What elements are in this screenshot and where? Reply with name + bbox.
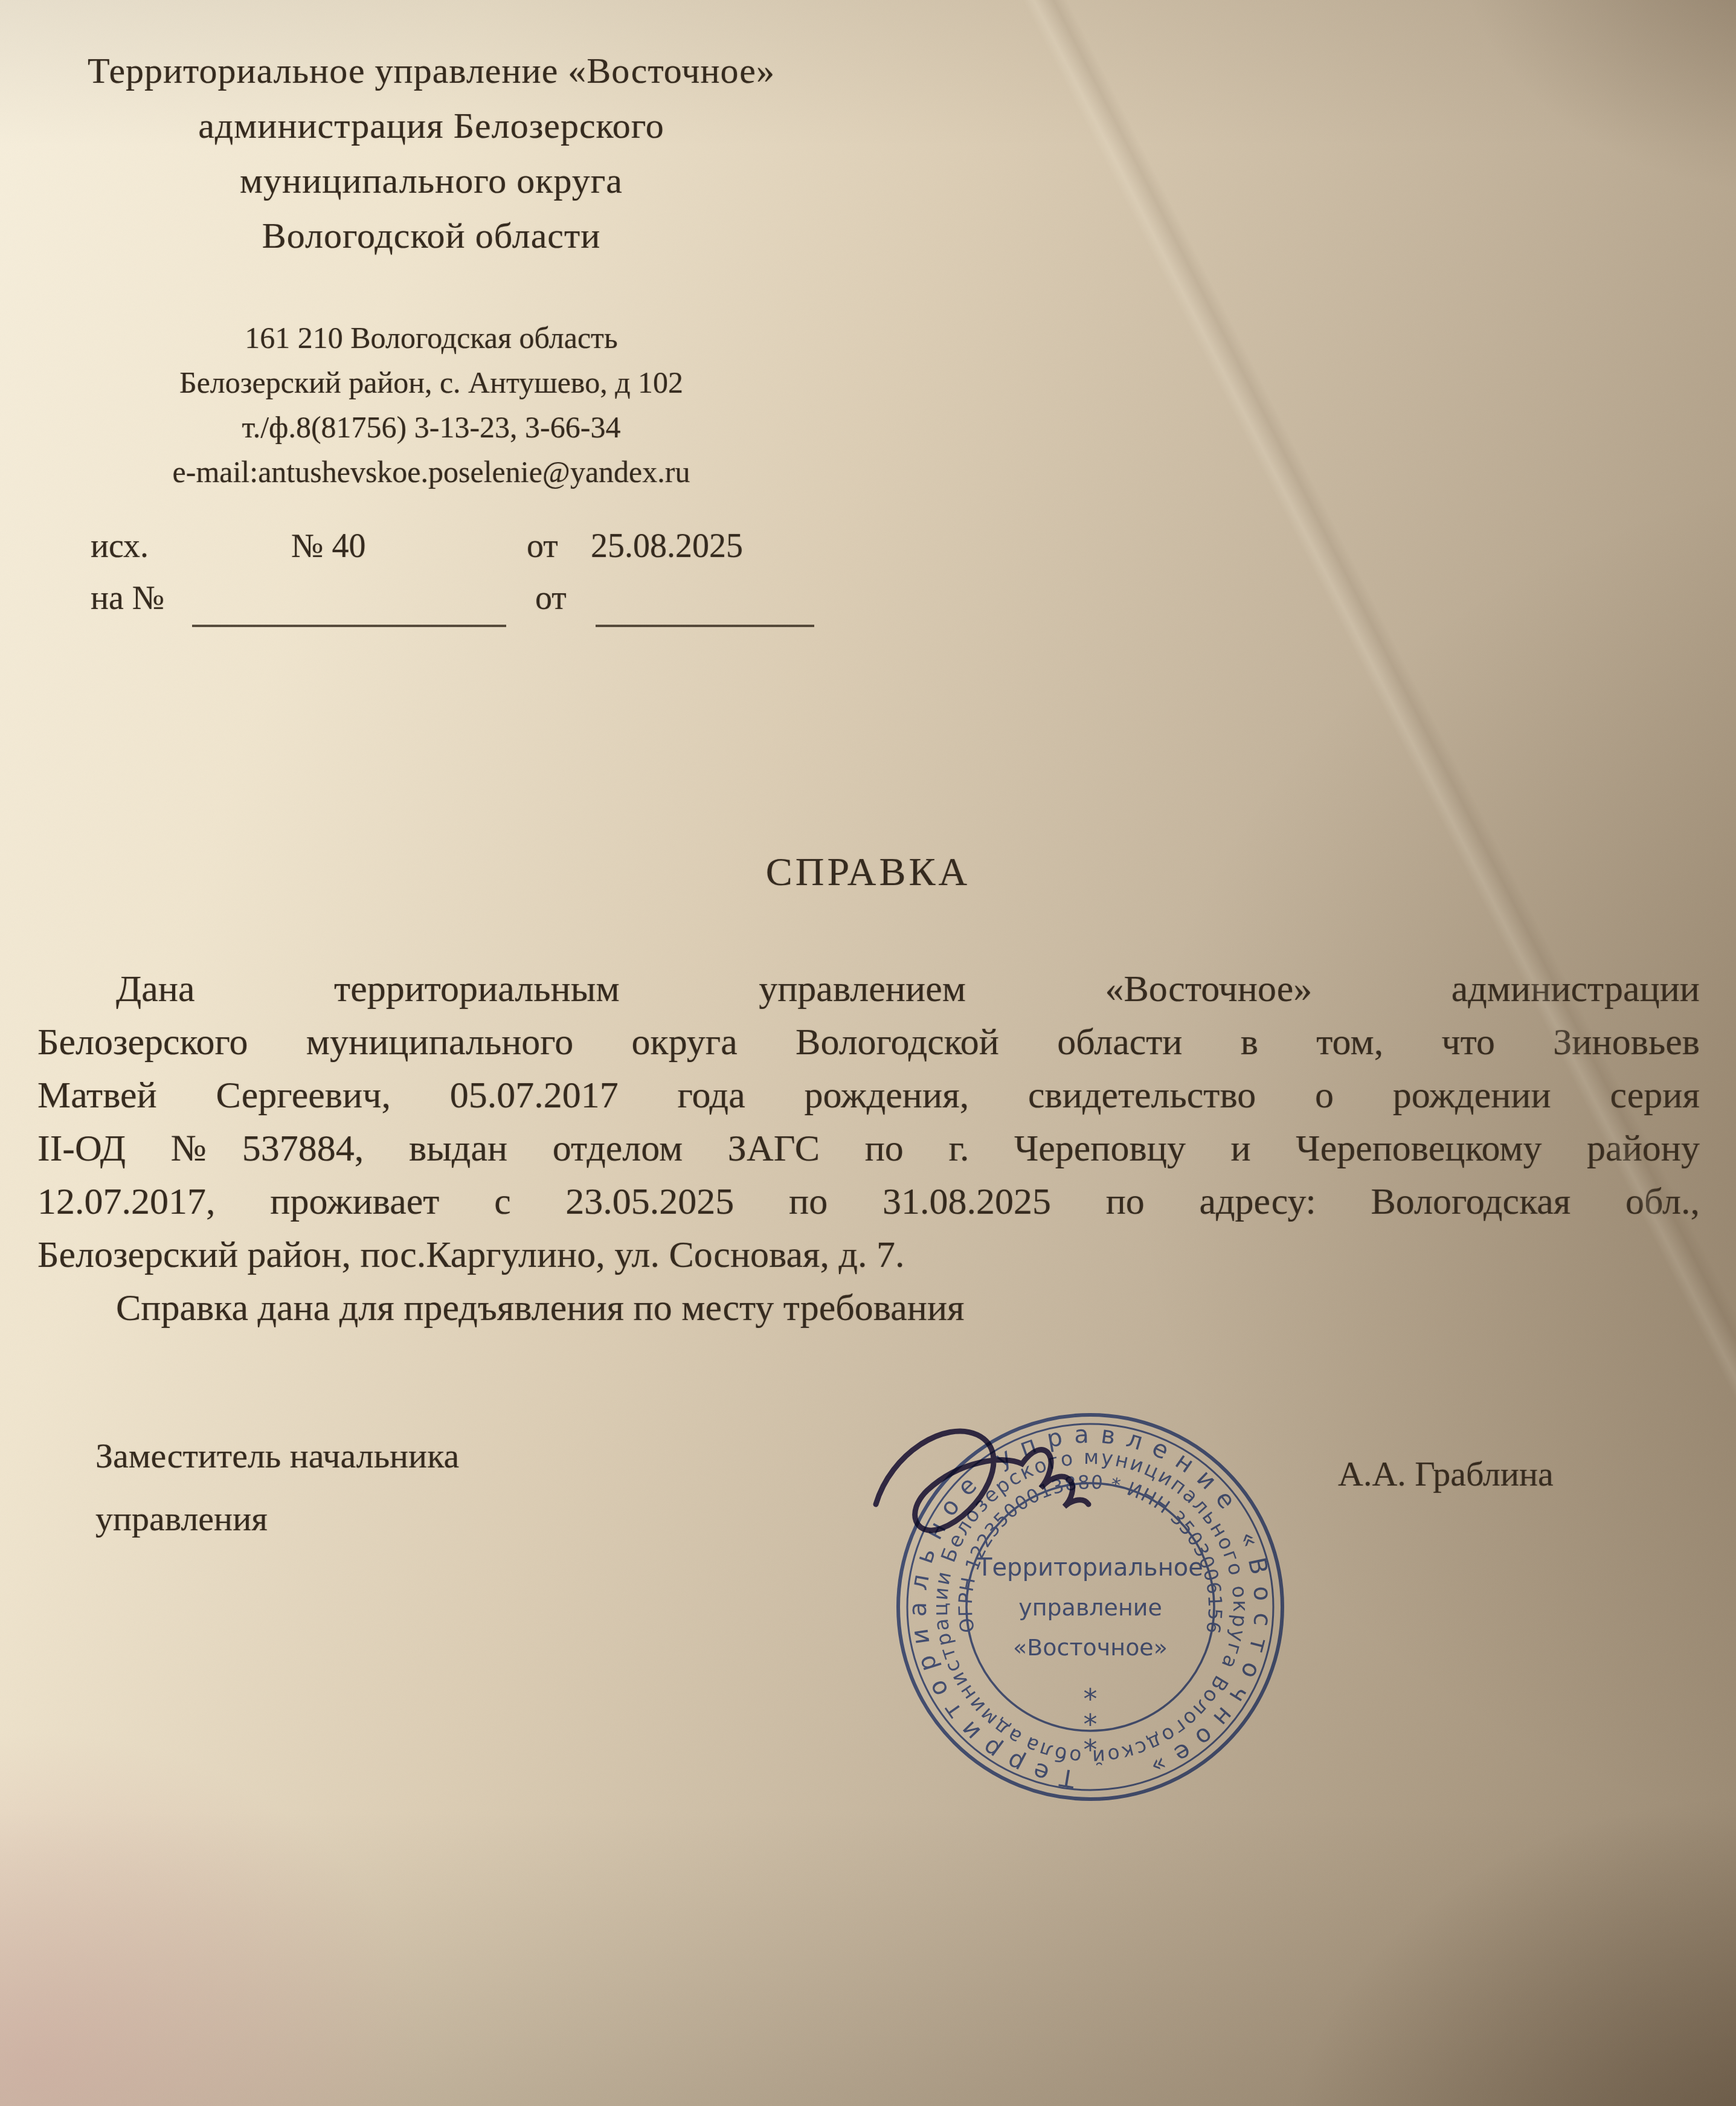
org-line: администрация Белозерского [17, 98, 846, 153]
org-line: муниципального округа [17, 153, 846, 208]
stamp-star: * [1084, 1733, 1098, 1766]
body-line: Справка дана для предъявления по месту т… [37, 1281, 1700, 1335]
handwritten-signature [840, 1402, 1178, 1571]
body-line: Матвей Сергеевич, 05.07.2017 года рожден… [37, 1069, 1700, 1122]
outgoing-label: исх. [91, 527, 149, 565]
stamp-center-line: «Восточное» [1013, 1634, 1168, 1661]
address-line: Белозерский район, с. Антушево, д 102 [17, 360, 846, 405]
outgoing-date-label: от [527, 527, 558, 565]
incoming-label: на № [91, 579, 164, 617]
document-photo: Территориальное управление «Восточное» а… [0, 0, 1736, 2106]
body-line: Белозерского муниципального округа Волог… [37, 1016, 1700, 1069]
body-line: II-ОД №537884, выдан отделом ЗАГС по г. … [37, 1122, 1700, 1175]
outgoing-date: 25.08.2025 [591, 527, 743, 565]
signer-position-line: управления [95, 1487, 459, 1550]
signer-name: А.А. Граблина [1338, 1454, 1554, 1494]
body-line: Дана территориальным управлением «Восточ… [37, 962, 1700, 1016]
letterhead-address: 161 210 Вологодская область Белозерский … [17, 315, 846, 494]
body-line: Белозерский район, пос.Каргулино, ул. Со… [37, 1228, 1700, 1281]
signer-position: Заместитель начальника управления [95, 1425, 459, 1550]
body-line: 12.07.2017, проживает с 23.05.2025 по 31… [37, 1175, 1700, 1228]
body-paragraph: Дана территориальным управлением «Восточ… [37, 962, 1700, 1335]
stamp-center-line: управление [1018, 1594, 1162, 1621]
address-line: e-mail:antushevskoe.poselenie@yandex.ru [17, 449, 846, 494]
incoming-date-blank [596, 625, 814, 627]
letterhead-org: Территориальное управление «Восточное» а… [17, 43, 846, 263]
signer-position-line: Заместитель начальника [95, 1425, 459, 1487]
document-title: СПРАВКА [0, 849, 1736, 895]
outgoing-number: № 40 [291, 527, 365, 565]
incoming-date-label: от [535, 579, 567, 617]
org-line: Вологодской области [17, 208, 846, 263]
address-line: 161 210 Вологодская область [17, 315, 846, 360]
org-line: Территориальное управление «Восточное» [17, 43, 846, 98]
signature-stroke [876, 1431, 1088, 1530]
address-line: т./ф.8(81756) 3-13-23, 3-66-34 [17, 405, 846, 449]
incoming-number-blank [192, 625, 506, 627]
